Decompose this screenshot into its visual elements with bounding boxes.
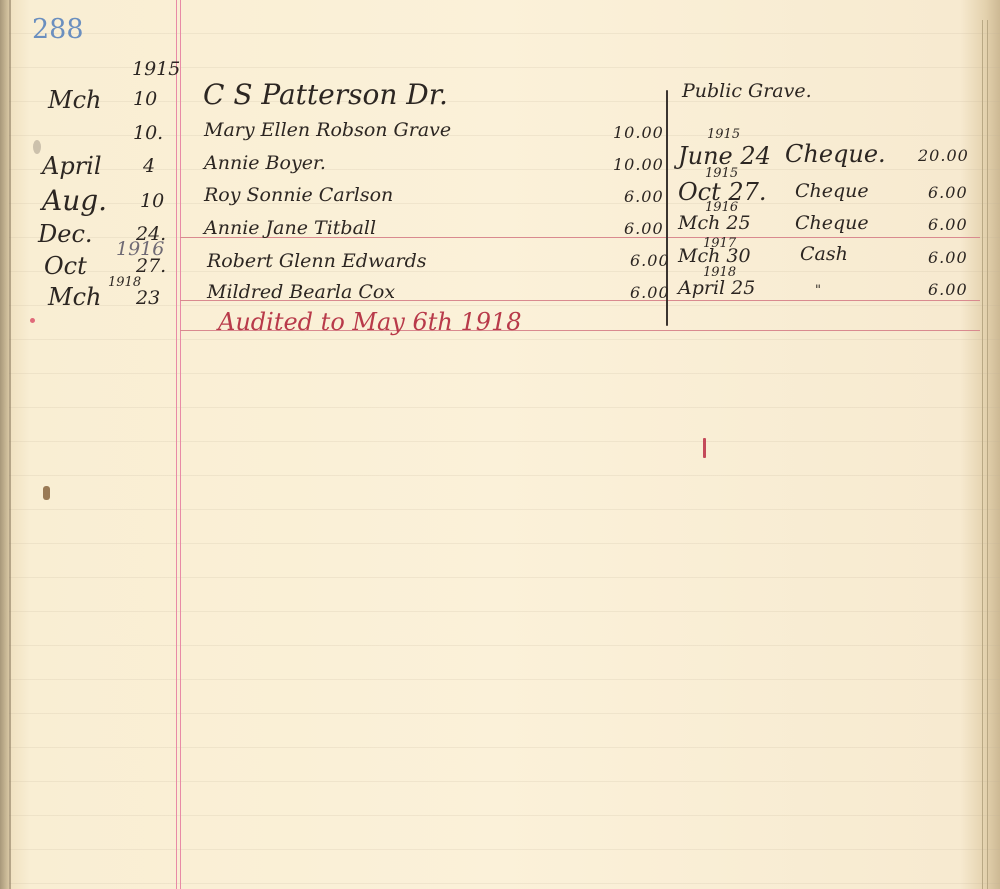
entry-month: Mch [48,283,101,311]
credit-method: Cheque [795,180,869,202]
credit-date: April 25 [678,277,755,299]
entry-day: 23 [136,287,160,309]
margin-rule [176,0,177,889]
entry-description: Annie Jane Titball [204,217,376,239]
page-number: 288 [32,14,84,45]
entry-amount: 6.00 [624,187,664,206]
credit-method: Cheque. [785,140,886,168]
credit-method: Cash [800,243,848,265]
credit-amount: 6.00 [928,215,968,234]
entry-description: Roy Sonnie Carlson [204,184,393,206]
entry-amount: 6.00 [630,251,670,270]
credit-amount: 6.00 [928,183,968,202]
entry-month: April [42,152,102,180]
account-title: C S Patterson Dr. [203,78,448,111]
credit-heading: Public Grave. [682,80,812,102]
entry-amount: 6.00 [630,283,670,302]
entry-amount: 10.00 [613,123,664,142]
binding-edge [0,0,9,889]
entry-month: Mch [48,86,101,114]
year-header: 1915 [132,58,180,80]
entry-amount: 10.00 [613,155,664,174]
entry-month: Oct [44,252,87,280]
entry-day: 10 [133,88,157,110]
entry-amount: 6.00 [624,219,664,238]
credit-amount: 6.00 [928,280,968,299]
entry-day: 27. [136,255,166,277]
entry-description: Robert Glenn Edwards [207,250,427,272]
entry-description: Annie Boyer. [204,152,326,174]
ink-stain [33,140,41,154]
entry-description: Mary Ellen Robson Grave [204,119,451,141]
audit-note: Audited to May 6th 1918 [218,308,522,336]
page-edge-right [982,20,988,889]
credit-date: Mch 30 [678,245,751,267]
stain-mark [43,486,50,500]
entry-description: Mildred Bearla Cox [207,281,395,303]
entry-day: 4 [143,155,155,177]
entry-day: 10. [133,122,163,144]
entry-month: Dec. [38,220,93,248]
credit-method-ditto: " [815,283,821,298]
credit-date: Mch 25 [678,212,751,234]
entry-day: 10 [140,190,164,212]
red-ink-spot [703,438,706,458]
ledger-page: 288 1915 Mch 10 10. April 4 Aug. 10 Dec.… [0,0,1000,889]
credit-method: Cheque [795,212,869,234]
credit-amount: 20.00 [918,146,969,165]
binding-shadow [9,0,11,889]
entry-month: Aug. [42,184,107,217]
red-ink-spot [30,318,35,323]
margin-rule [180,0,181,889]
credit-year: 1915 [707,127,740,142]
credit-amount: 6.00 [928,248,968,267]
